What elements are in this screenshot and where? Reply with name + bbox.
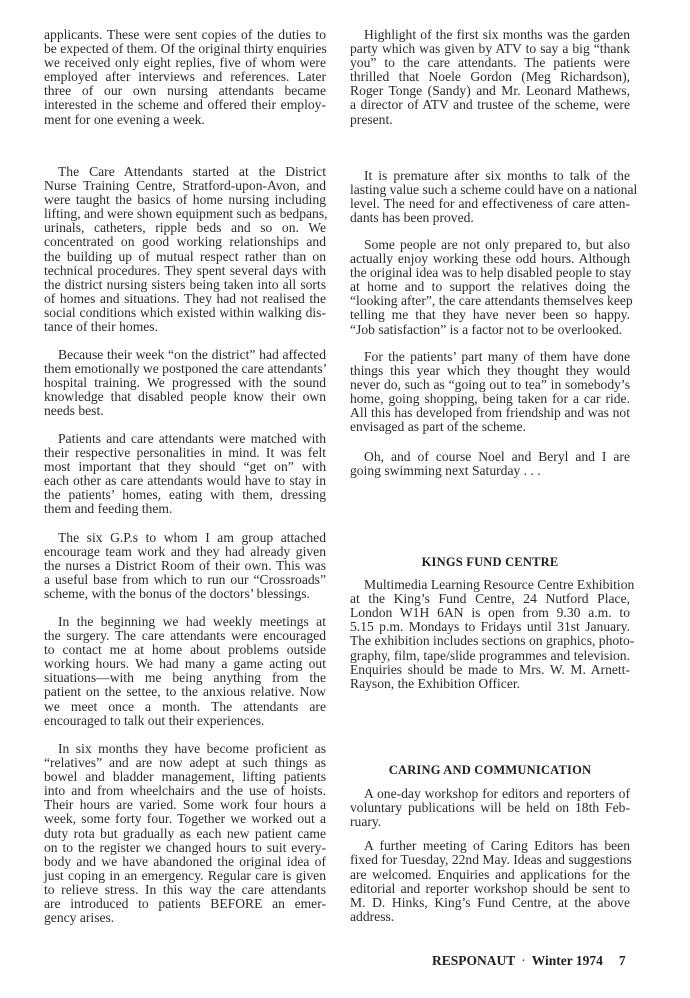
text-line: employed after interviews and references… [44,70,326,84]
text-line: the district nursing sisters being taken… [44,278,326,292]
text-line: the surgery. The care attendants were en… [44,629,326,643]
kings-fund-section: KINGS FUND CENTRE Multimedia Learning Re… [350,555,630,691]
footer-separator: · [521,953,526,968]
kings-fund-heading: KINGS FUND CENTRE [350,555,630,569]
text-line: working hours. We had many a game acting… [44,657,326,671]
text-line: A one-day workshop for editors and repor… [350,787,630,801]
paragraph-garden-party: Highlight of the first six months was th… [350,28,630,127]
page-number: 7 [619,953,626,968]
paragraph-matching: Patients and care attendants were matche… [44,432,326,517]
text-line: just coping in an emergency. Regular car… [44,869,326,883]
text-line: hospital training. We progressed with th… [44,376,326,390]
text-line: In six months they have become proficien… [44,742,326,756]
text-line: of homes and situations. They had not re… [44,292,326,306]
text-line: the original idea was to help disabled p… [350,266,630,280]
text-line: week, some forty four. Together we worke… [44,812,326,826]
text-line: patient on the settee, to the anxious re… [44,685,326,699]
text-line: London W1H 6AN is open from 9.30 a.m. to [350,606,630,620]
paragraph-gps: The six G.P.s to whom I am group attache… [44,531,326,601]
paragraph-exhibition: Multimedia Learning Resource Centre Exhi… [350,578,630,691]
text-line: ruary. [350,815,630,829]
paragraph-meetings: In the beginning we had weekly meetings … [44,615,326,728]
text-line: level. The need for and effectiveness of… [350,197,630,211]
text-line: at home and to support the relatives doi… [350,280,630,294]
text-line: were taught the basics of home nursing i… [44,193,326,207]
text-line: into and from wheelchairs and the use of… [44,784,326,798]
text-line: ment for one evening a week. [44,113,326,127]
text-line: voluntary publications will be held on 1… [350,801,630,815]
text-line: situations—with me being anything from t… [44,671,326,685]
text-line: Patients and care attendants were matche… [44,432,326,446]
text-line: knowledge that disabled people know thei… [44,390,326,404]
text-line: lifting, and were shown equipment such a… [44,207,326,221]
text-line: thrilled that Noele Gordon (Meg Richards… [350,70,630,84]
text-line: things this year which they thought they… [350,364,630,378]
text-line: concentrated on good working relationshi… [44,235,326,249]
paragraph-swimming: Oh, and of course Noel and Beryl and I a… [350,450,630,478]
text-line: For the patients’ part many of them have… [350,350,630,364]
text-line: scheme, with the bonus of the doctors’ b… [44,587,326,601]
text-line: Their hours are varied. Some work four h… [44,798,326,812]
issue-label: Winter 1974 [532,953,603,968]
text-line: them and feeding them. [44,502,326,516]
text-line: to relieve stress. In this way the care … [44,883,326,897]
text-line: 5.15 p.m. Mondays to Fridays until 31st … [350,620,630,634]
text-line: to contact me at home about problems out… [44,643,326,657]
text-line: telling me that they have never been so … [350,308,630,322]
text-line: needs best. [44,404,326,418]
text-line: them emotionally we postponed the care a… [44,362,326,376]
text-line: Oh, and of course Noel and Beryl and I a… [350,450,630,464]
text-line: encouraged to talk out their experiences… [44,714,326,728]
text-line: “Job satisfaction” is a factor not to be… [350,323,630,337]
text-line: address. [350,910,630,924]
text-line: their respective personalities in mind. … [44,446,326,460]
paragraph-patients-part: For the patients’ part many of them have… [350,350,630,435]
text-line: the building up of mutual respect rather… [44,250,326,264]
text-line: Some people are not only prepared to, bu… [350,238,630,252]
text-line: “relatives” and are now adept at such th… [44,756,326,770]
paragraph-six-months: In six months they have become proficien… [44,742,326,925]
text-line: present. [350,113,630,127]
text-line: a director of ATV and trustee of the sch… [350,98,630,112]
paragraph-workshop: A one-day workshop for editors and repor… [350,787,630,829]
text-line: technical procedures. They spent several… [44,264,326,278]
text-line: social conditions which existed within w… [44,306,326,320]
text-line: tance of their homes. [44,320,326,334]
publication-name: RESPONAUT [432,953,515,968]
text-line: you” to the care attendants. The patient… [350,56,630,70]
text-line: Enquiries should be made to Mrs. W. M. A… [350,663,630,677]
text-line: Multimedia Learning Resource Centre Exhi… [350,578,630,592]
text-line: The Care Attendants started at the Distr… [44,165,326,179]
text-line: we meet once a month. The attendants are [44,700,326,714]
text-line: The six G.P.s to whom I am group attache… [44,531,326,545]
text-line: In the beginning we had weekly meetings … [44,615,326,629]
text-line: It is premature after six months to talk… [350,169,630,183]
text-line: Roger Tonge (Sandy) and Mr. Leonard Math… [350,84,630,98]
text-line: Because their week “on the district” had… [44,348,326,362]
text-line: Highlight of the first six months was th… [350,28,630,42]
text-line: applicants. These were sent copies of th… [44,28,326,42]
paragraph-applicants: applicants. These were sent copies of th… [44,28,326,127]
paragraph-odd-hours: Some people are not only prepared to, bu… [350,238,630,337]
paragraph-district-week: Because their week “on the district” had… [44,348,326,418]
text-line: encourage team work and they had already… [44,545,326,559]
text-line: interested in the scheme and offered the… [44,98,326,112]
text-line: All this has developed from friendship a… [350,406,630,420]
text-line: bowel and bladder management, lifting pa… [44,770,326,784]
paragraph-premature: It is premature after six months to talk… [350,169,630,225]
text-line: urinals, catheters, ripple beds and so o… [44,221,326,235]
text-line: The exhibition includes sections on grap… [350,634,630,648]
text-line: going swimming next Saturday . . . [350,464,630,478]
text-line: body and we have abandoned the original … [44,855,326,869]
text-line: be expected of them. Of the original thi… [44,42,326,56]
text-line: envisaged as part of the scheme. [350,420,630,434]
text-line: duty rota but gradually as each new pati… [44,827,326,841]
text-line: a useful base from which to run our “Cro… [44,573,326,587]
text-line: actually enjoy working these odd hours. … [350,252,630,266]
text-line: are introduced to patients BEFORE an eme… [44,897,326,911]
text-line: are welcomed. Enquiries and applications… [350,868,630,882]
text-line: each other as care attendants would have… [44,474,326,488]
text-line: at the King’s Fund Centre, 24 Nutford Pl… [350,592,630,606]
text-line: fixed for Tuesday, 22nd May. Ideas and s… [350,853,630,867]
text-line: three of our own nursing attendants beca… [44,84,326,98]
text-line: “looking after”, the care attendants the… [350,294,630,308]
caring-section: CARING AND COMMUNICATION A one-day works… [350,763,630,924]
text-line: the nurses a District Room of their own.… [44,559,326,573]
page-footer: RESPONAUT·Winter 19747 [432,953,626,969]
text-line: Rayson, the Exhibition Officer. [350,677,630,691]
text-line: lasting value such a scheme could have o… [350,183,630,197]
text-line: on to the register we changed hours to s… [44,841,326,855]
text-line: dants has been proved. [350,211,630,225]
paragraph-training: The Care Attendants started at the Distr… [44,165,326,334]
caring-heading: CARING AND COMMUNICATION [350,763,630,777]
text-line: the patients’ homes, eating with them, d… [44,488,326,502]
text-line: editorial and reporter workshop should b… [350,882,630,896]
text-line: home, going shopping, being taken for a … [350,392,630,406]
text-line: Nurse Training Centre, Stratford-upon-Av… [44,179,326,193]
text-line: party which was given by ATV to say a bi… [350,42,630,56]
text-line: we received only eight replies, five of … [44,56,326,70]
text-line: most important that they should “get on”… [44,460,326,474]
text-line: gency arises. [44,911,326,925]
text-line: never do, such as “going out to tea” in … [350,378,630,392]
text-line: M. D. Hinks, King’s Fund Centre, at the … [350,896,630,910]
text-line: graphy, film, tape/slide programmes and … [350,649,630,663]
text-line: A further meeting of Caring Editors has … [350,839,630,853]
paragraph-further-meeting: A further meeting of Caring Editors has … [350,839,630,924]
